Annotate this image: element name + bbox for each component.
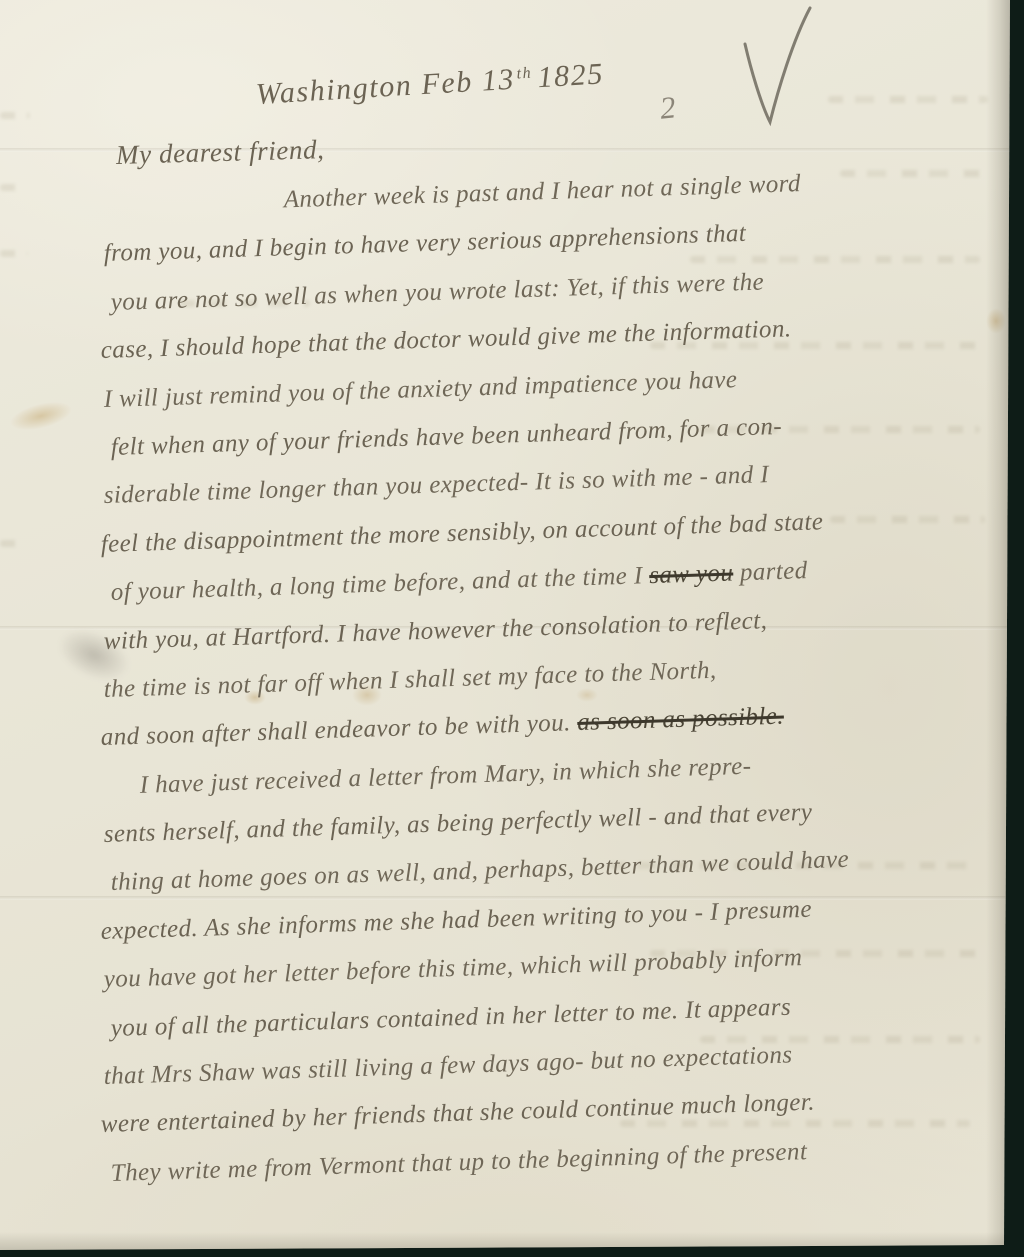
letter-text: from you, and I begin to have very serio…: [103, 220, 746, 267]
letter-text: and soon after shall endeavor to be with…: [100, 709, 577, 751]
struck-text: as soon as possible.: [577, 703, 784, 736]
letter-text: I will just remind you of the anxiety an…: [103, 366, 737, 413]
bleedthrough-text-ghost: [0, 112, 30, 119]
letter-text: the time is not far off when I shall set…: [103, 657, 716, 703]
bleedthrough-text-ghost: [0, 184, 24, 191]
letter-text: Another week is past and I hear not a si…: [283, 170, 801, 213]
letter-paragraph: Another week is past and I hear not a si…: [104, 182, 1010, 763]
dateline: Washington Feb 13th1825: [255, 57, 605, 112]
letter-paragraph: I have just received a letter from Mary,…: [104, 763, 1010, 1199]
check-mark-icon: [733, 4, 823, 132]
struck-text: saw you: [649, 560, 734, 590]
bleedthrough-text-ghost: [0, 540, 22, 547]
bleedthrough-text-ghost: [828, 96, 988, 103]
dateline-year: 1825: [537, 57, 605, 94]
scanned-letter-page: 2 Washington Feb 13th1825 My dearest fri…: [0, 0, 1024, 1257]
bleedthrough-text-ghost: [0, 250, 28, 257]
paper-edge-shadow: [0, 1232, 1011, 1251]
letter-text: of your health, a long time before, and …: [110, 562, 649, 606]
paper-edge-shadow: [986, 0, 1011, 1251]
letter-text: I have just received a letter from Mary,…: [139, 752, 751, 798]
dateline-ordinal-superscript: th: [516, 65, 533, 83]
paper-stain: [8, 397, 74, 435]
letter-text: parted: [733, 557, 808, 586]
salutation: My dearest friend,: [116, 134, 325, 171]
letter-body: Another week is past and I hear not a si…: [104, 182, 1010, 1198]
dateline-place-day: Washington Feb 13: [255, 63, 516, 111]
page-number-annotation: 2: [658, 89, 677, 126]
letter-paper: 2 Washington Feb 13th1825 My dearest fri…: [0, 0, 1011, 1251]
